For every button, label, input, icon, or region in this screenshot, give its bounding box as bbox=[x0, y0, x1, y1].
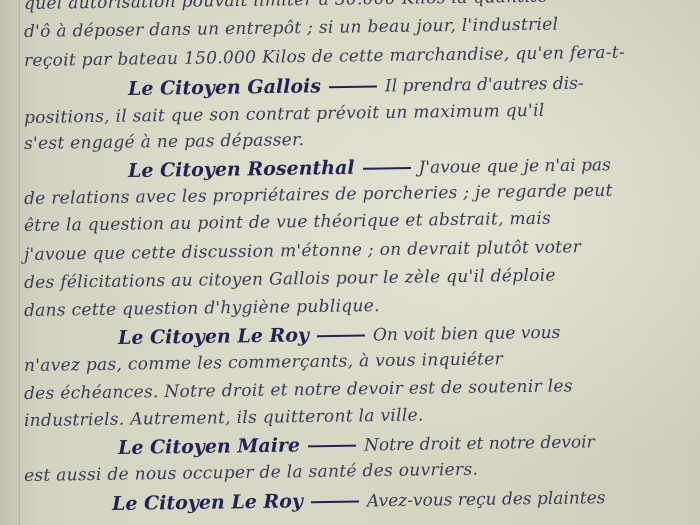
text-line: d'ô à déposer dans un entrepôt ; si un b… bbox=[24, 13, 700, 42]
speaker-name: Le Citoyen Le Roy bbox=[112, 490, 303, 515]
text-line: dans cette question d'hygiène publique. bbox=[24, 292, 700, 321]
speech-text: Avez-vous reçu des plaintes bbox=[367, 488, 606, 511]
margin-line bbox=[19, 0, 20, 525]
text-line: industriels. Autrement, ils quitteront l… bbox=[24, 402, 700, 431]
speaker-line: Le Citoyen RosenthalJ'avoue que je n'ai … bbox=[128, 153, 611, 182]
speech-text: Il prendra d'autres dis- bbox=[385, 74, 584, 97]
dash-separator bbox=[317, 335, 365, 338]
speech-text: On voit bien que vous bbox=[373, 323, 561, 346]
text-line: n'avez pas, comme les commerçants, à vou… bbox=[24, 347, 700, 376]
handwritten-page: quel autorisation pouvait limiter à 30.0… bbox=[0, 0, 700, 525]
speaker-line: Le Citoyen Le RoyOn voit bien que vous bbox=[118, 321, 561, 349]
text-line: de relations avec les propriétaires de p… bbox=[24, 180, 700, 209]
speaker-name: Le Citoyen Maire bbox=[118, 434, 300, 459]
text-line: quel autorisation pouvait limiter à 30.0… bbox=[24, 0, 700, 14]
dash-separator bbox=[308, 445, 356, 448]
text-line: positions, il sait que son contrat prévo… bbox=[24, 99, 700, 128]
speaker-line: Le Citoyen Le RoyAvez-vous reçu des plai… bbox=[112, 486, 606, 515]
speaker-name: Le Citoyen Le Roy bbox=[118, 324, 309, 349]
speaker-name: Le Citoyen Gallois bbox=[128, 75, 321, 100]
dash-separator bbox=[363, 167, 411, 170]
speech-text: J'avoue que je n'ai pas bbox=[418, 155, 611, 178]
speaker-line: Le Citoyen MaireNotre droit et notre dev… bbox=[118, 430, 595, 459]
speaker-name: Le Citoyen Rosenthal bbox=[128, 157, 355, 182]
speech-text: Notre droit et notre devoir bbox=[364, 432, 595, 455]
text-line: des félicitations au citoyen Gallois pou… bbox=[24, 264, 700, 293]
text-line: être la question au point de vue théoriq… bbox=[24, 207, 700, 236]
text-line: est aussi de nous occuper de la santé de… bbox=[24, 457, 700, 486]
speaker-line: Le Citoyen GalloisIl prendra d'autres di… bbox=[128, 72, 584, 100]
dash-separator bbox=[329, 86, 377, 89]
text-line: j'avoue que cette discussion m'étonne ; … bbox=[24, 236, 700, 265]
text-line: des échéances. Notre droit et notre devo… bbox=[24, 375, 700, 404]
text-line: s'est engagé à ne pas dépasser. bbox=[24, 125, 700, 154]
text-line: reçoit par bateau 150.000 Kilos de cette… bbox=[24, 42, 700, 71]
dash-separator bbox=[311, 501, 359, 504]
